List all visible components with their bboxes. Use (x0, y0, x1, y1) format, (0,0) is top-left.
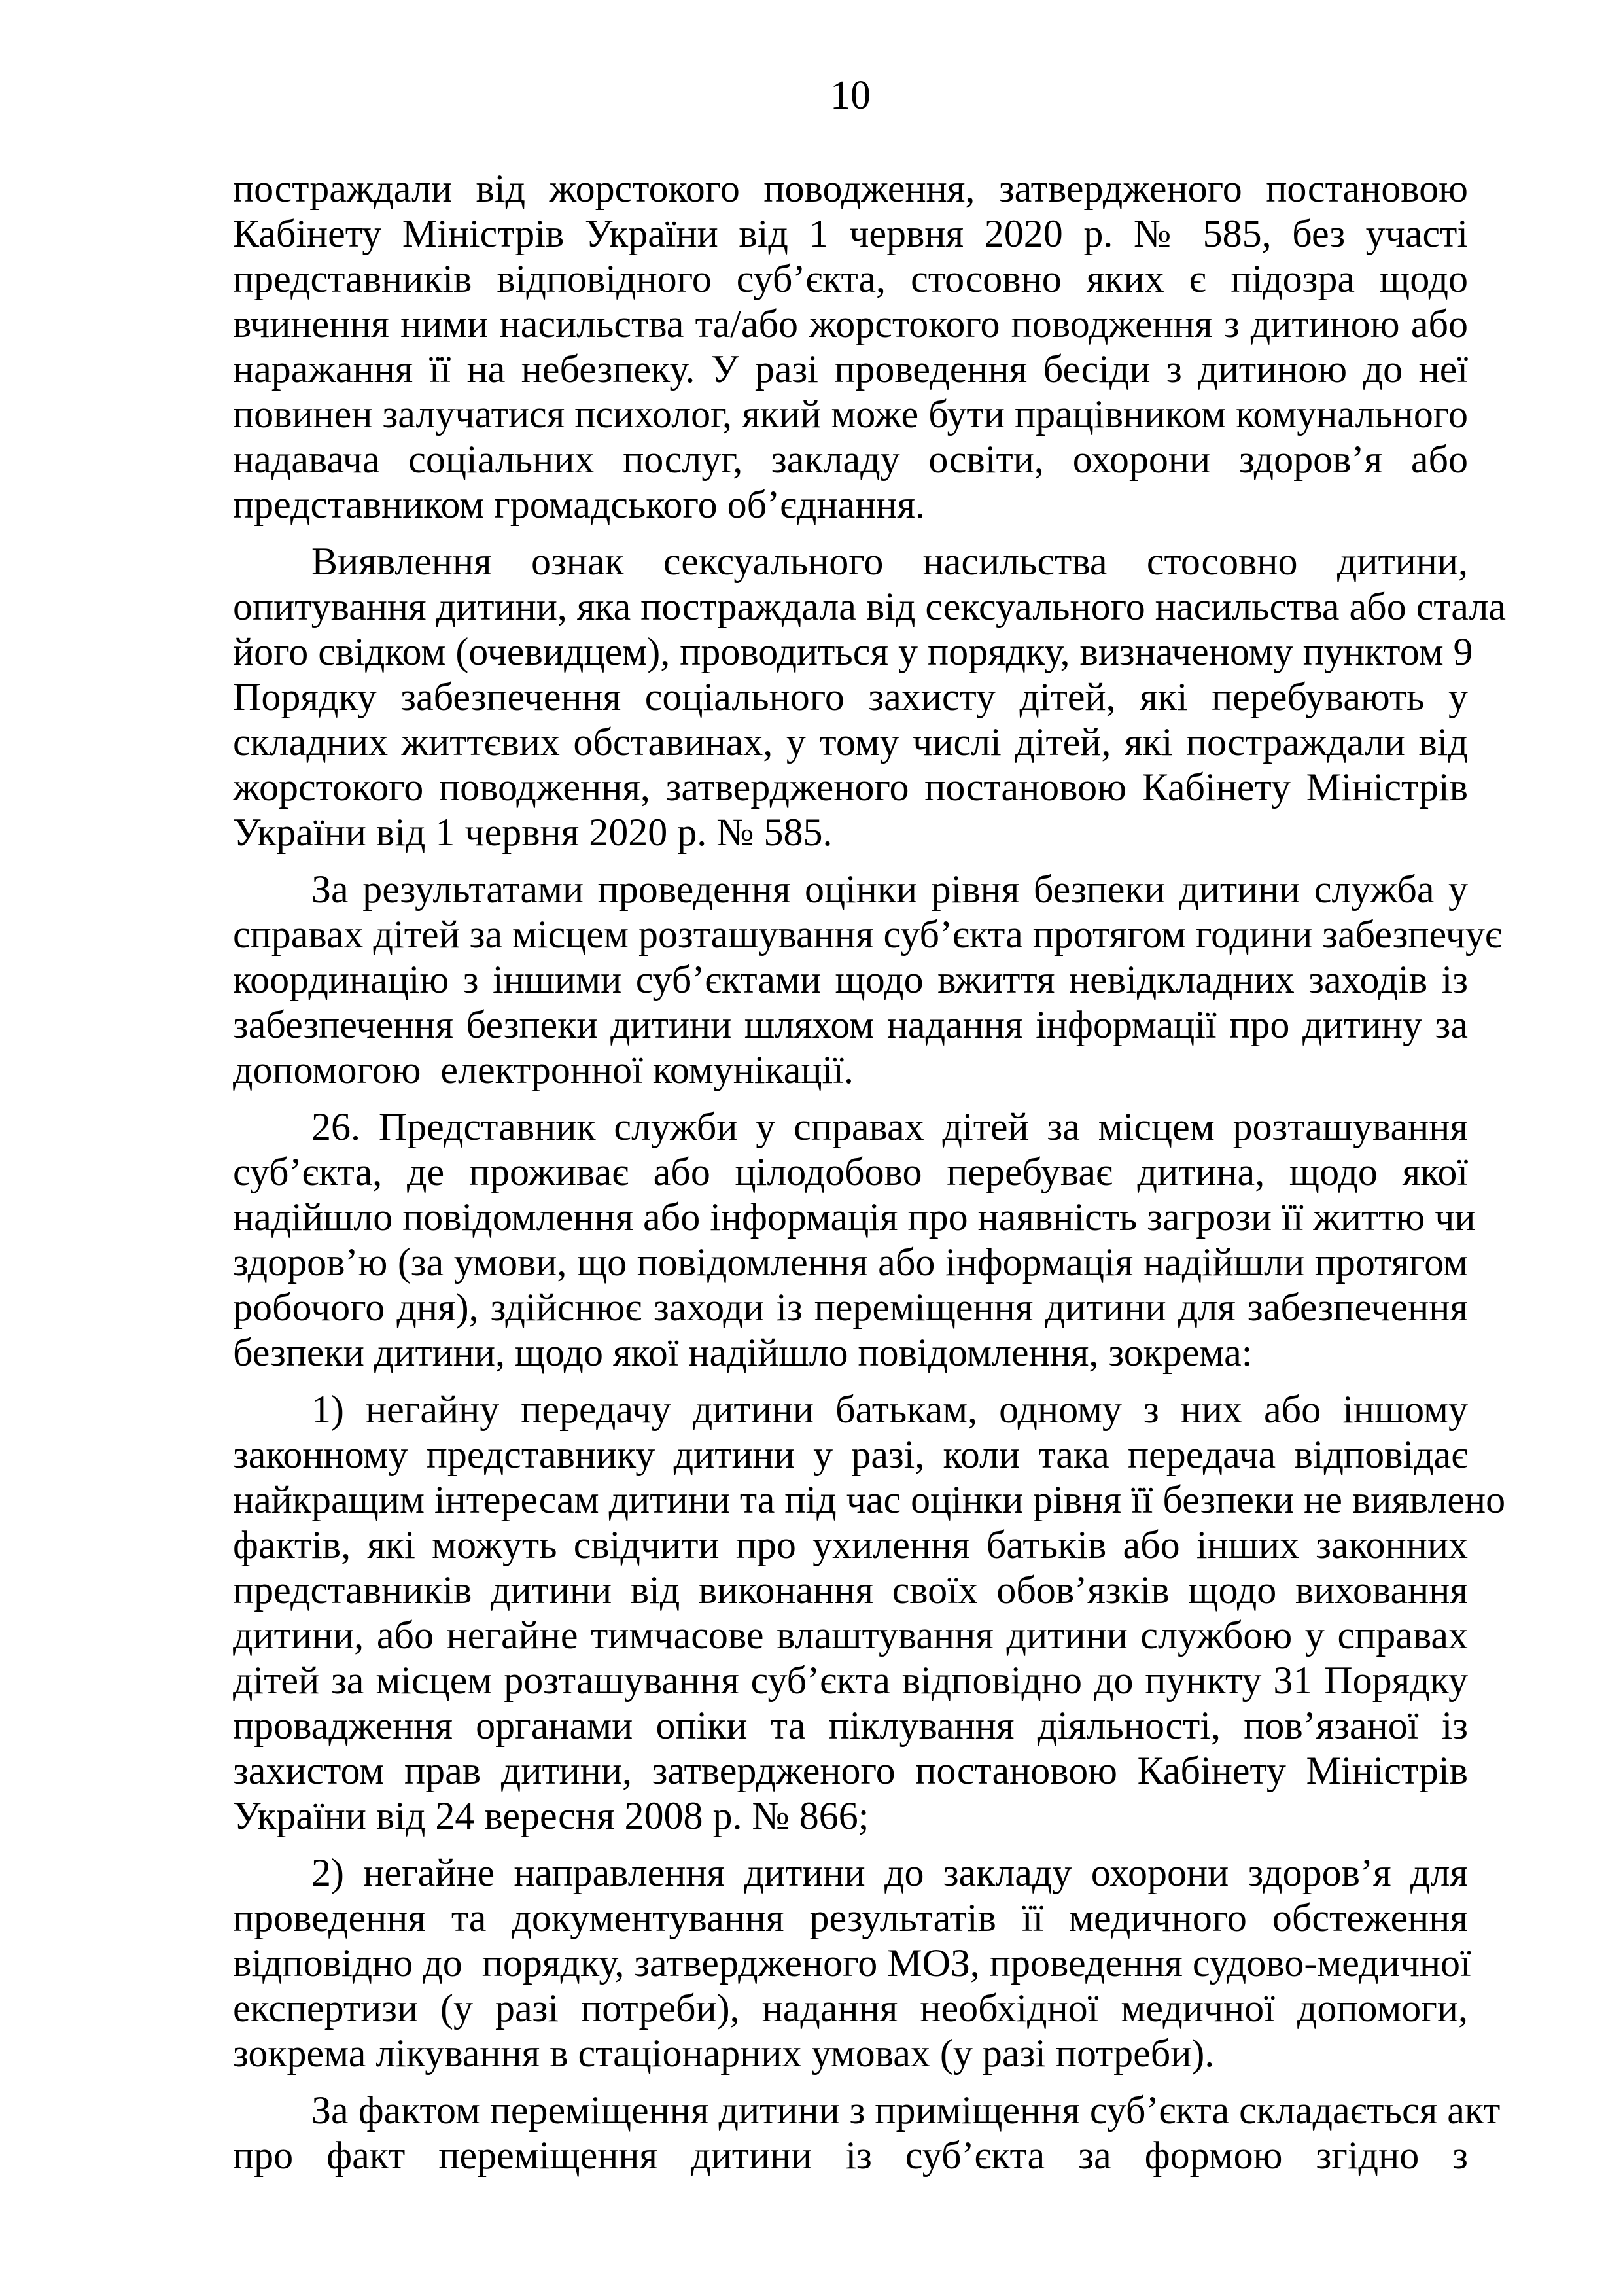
text-line: жорстокого поводження, затвердженого пос… (233, 765, 1468, 810)
text-line: вчинення ними насильства та/або жорстоко… (233, 302, 1468, 347)
text-line: найкращим інтересам дитини та під час оц… (233, 1477, 1468, 1523)
paragraph: За результатами проведення оцінки рівня … (233, 867, 1468, 1093)
text-line: забезпечення безпеки дитини шляхом надан… (233, 1002, 1468, 1048)
text-line: допомогою електронної комунікації. (233, 1048, 1468, 1093)
text-line: проведення та документування результатів… (233, 1896, 1468, 1941)
text-line: про факт переміщення дитини із суб’єкта … (233, 2133, 1468, 2178)
text-line: координацію з іншими суб’єктами щодо вжи… (233, 957, 1468, 1002)
text-line: фактів, які можуть свідчити про ухилення… (233, 1523, 1468, 1568)
text-line: опитування дитини, яка постраждала від с… (233, 584, 1468, 629)
text-line: провадження органами опіки та піклування… (233, 1703, 1468, 1748)
text-line: справах дітей за місцем розташування суб… (233, 912, 1468, 957)
text-line: Кабінету Міністрів України від 1 червня … (233, 211, 1468, 256)
text-line: надійшло повідомлення або інформація про… (233, 1195, 1468, 1240)
text-line: 2) негайне направлення дитини до закладу… (233, 1850, 1468, 1896)
text-line: 1) негайну передачу дитини батькам, одно… (233, 1387, 1468, 1432)
text-line: здоров’ю (за умови, що повідомлення або … (233, 1240, 1468, 1285)
text-line: наражання її на небезпеку. У разі провед… (233, 347, 1468, 392)
text-line: експертизи (у разі потреби), надання нео… (233, 1986, 1468, 2031)
text-line: захистом прав дитини, затвердженого пост… (233, 1748, 1468, 1793)
paragraph: Виявлення ознак сексуального насильства … (233, 539, 1468, 855)
text-line: надавача соціальних послуг, закладу осві… (233, 437, 1468, 482)
document-body: постраждали від жорстокого поводження, з… (233, 166, 1468, 2190)
text-line: 26. Представник служби у справах дітей з… (233, 1104, 1468, 1150)
text-line: Порядку забезпечення соціального захисту… (233, 675, 1468, 720)
text-line: законному представнику дитини у разі, ко… (233, 1432, 1468, 1477)
paragraph: За фактом переміщення дитини з приміщенн… (233, 2088, 1468, 2178)
text-line: представників дитини від виконання своїх… (233, 1568, 1468, 1613)
page-number: 10 (233, 73, 1468, 118)
text-line: складних життєвих обставинах, у тому чис… (233, 720, 1468, 765)
paragraph: 2) негайне направлення дитини до закладу… (233, 1850, 1468, 2076)
text-line: дітей за місцем розташування суб’єкта ві… (233, 1658, 1468, 1703)
text-line: зокрема лікування в стаціонарних умовах … (233, 2031, 1468, 2076)
text-line: Виявлення ознак сексуального насильства … (233, 539, 1468, 584)
paragraph: 1) негайну передачу дитини батькам, одно… (233, 1387, 1468, 1839)
text-line: За фактом переміщення дитини з приміщенн… (233, 2088, 1468, 2133)
text-line: За результатами проведення оцінки рівня … (233, 867, 1468, 912)
text-line: робочого дня), здійснює заходи із перемі… (233, 1285, 1468, 1330)
text-line: повинен залучатися психолог, який може б… (233, 392, 1468, 437)
text-line: постраждали від жорстокого поводження, з… (233, 166, 1468, 211)
paragraph: 26. Представник служби у справах дітей з… (233, 1104, 1468, 1375)
text-line: представником громадського об’єднання. (233, 482, 1468, 527)
text-line: дитини, або негайне тимчасове влаштуванн… (233, 1613, 1468, 1658)
text-line: України від 24 вересня 2008 р. № 866; (233, 1793, 1468, 1839)
text-line: представників відповідного суб’єкта, сто… (233, 256, 1468, 302)
text-line: суб’єкта, де проживає або цілодобово пер… (233, 1150, 1468, 1195)
text-line: безпеки дитини, щодо якої надійшло повід… (233, 1330, 1468, 1375)
text-line: України від 1 червня 2020 р. № 585. (233, 810, 1468, 855)
paragraph: постраждали від жорстокого поводження, з… (233, 166, 1468, 527)
text-line: його свідком (очевидцем), проводиться у … (233, 629, 1468, 675)
text-line: відповідно до порядку, затвердженого МОЗ… (233, 1941, 1468, 1986)
